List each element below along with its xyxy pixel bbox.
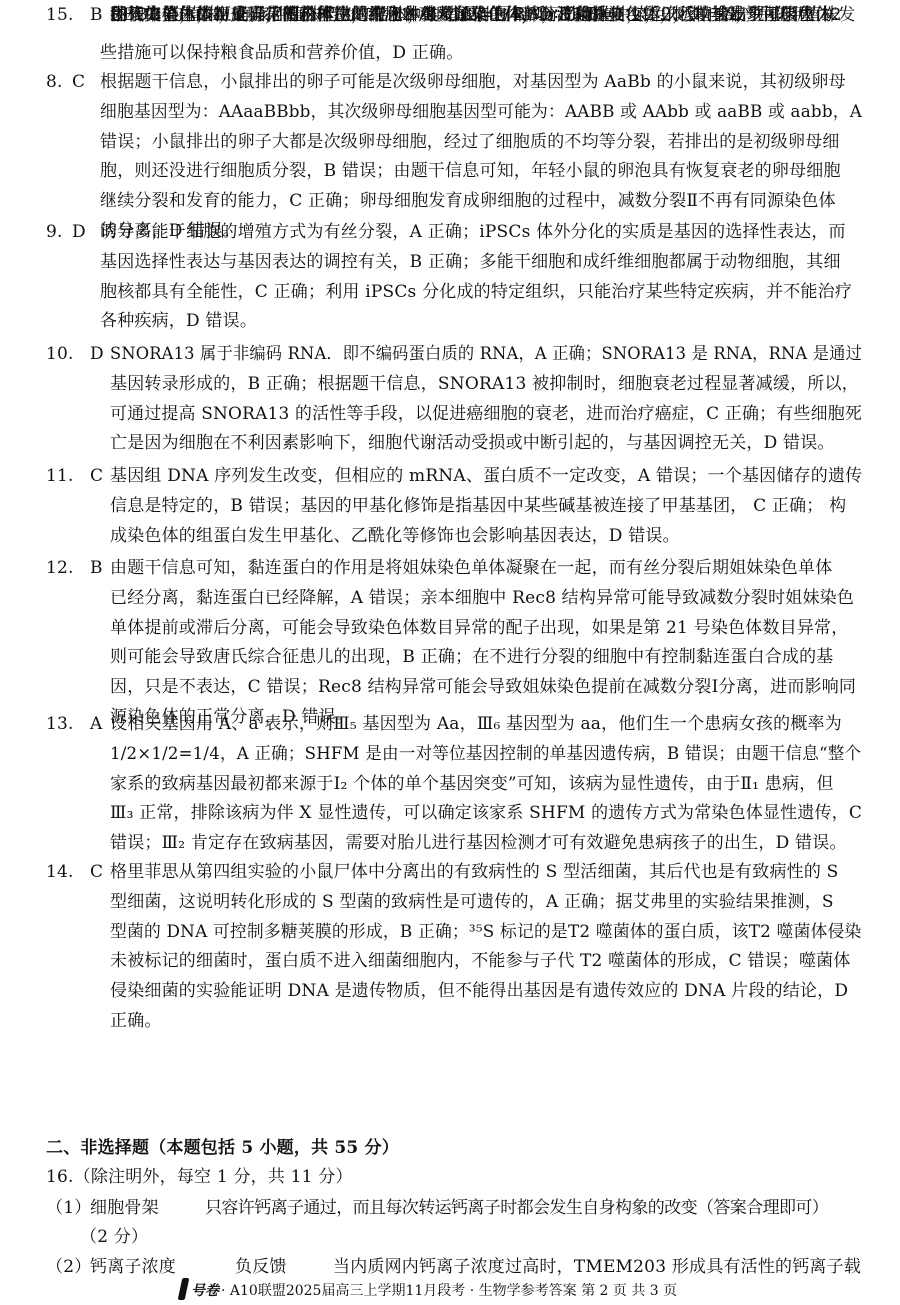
explanation-text: 设相关基因用 A、a 表示，则Ⅲ₅ 基因型为 Aa，Ⅲ₆ 基因型为 aa，他们生… (110, 709, 842, 739)
score-text: （2 分） (80, 1222, 148, 1252)
footer-text: · A10联盟2025届高三上学期11月段考 · 生物学参考答案 第 2 页 共… (221, 1283, 677, 1299)
explanation-text: 基因转录形成的，B 正确；根据题干信息，SNORA13 被抑制时，细胞衰老过程显… (110, 369, 859, 399)
answer-choice: C (90, 461, 103, 491)
answer-choice: A (90, 709, 102, 739)
question-number: 15. (46, 0, 74, 30)
explanation-text: 胞，则还没进行细胞质分裂，B 错误；由题干信息可知，年轻小鼠的卵泡具有恢复衰老的… (100, 156, 841, 186)
document-page: 些措施可以保持粮食品质和营养价值，D 正确。 8.C根据题干信息，小鼠排出的卵子… (0, 0, 900, 1305)
explanation-text: 因，只是不表达，C 错误；Rec8 结构异常可能会导致姐妹染色提前在减数分裂Ⅰ分… (110, 672, 856, 702)
explanation-text: 型菌的 DNA 可控制多糖荚膜的形成，B 正确；³⁵S 标记的是T2 噬菌体的蛋… (110, 917, 862, 947)
question-number: 12. (46, 553, 74, 583)
answer-text: 细胞骨架 (90, 1193, 159, 1223)
explanation-text: SNORA13 属于非编码 RNA．即不编码蛋白质的 RNA，A 正确；SNOR… (110, 339, 862, 369)
explanation-text: 已经分离，黏连蛋白已经降解，A 错误；亲本细胞中 Rec8 结构异常可能导致减数… (110, 583, 854, 613)
explanation-text: 各种疾病，D 错误。 (100, 306, 257, 336)
logo-text: 号卷 (191, 1283, 219, 1299)
question-number: 14. (46, 857, 74, 887)
logo-mark-icon (178, 1278, 190, 1300)
question-number: 8. (46, 67, 63, 97)
section-heading: 二、非选择题（本题包括 5 小题，共 55 分） (46, 1133, 399, 1163)
question-number: 13. (46, 709, 74, 739)
explanation-text: 家系的致病基因最初都来源于Ⅰ₂ 个体的单个基因突变”可知，该病为显性遗传，由于Ⅱ… (110, 769, 834, 799)
explanation-text: 继续分裂和发育的能力，C 正确；卵母细胞发育成卵细胞的过程中，减数分裂Ⅱ不再有同… (100, 186, 836, 216)
explanation-text: 型细菌，这说明转化形成的 S 型菌的致病性是可遗传的，A 正确；据艾弗里的实验结… (110, 887, 834, 917)
explanation-text: 由题干信息可知，黏连蛋白的作用是将姐妹染色单体凝聚在一起，而有丝分裂后期姐妹染色… (110, 553, 832, 583)
explanation-text: 格里菲思从第四组实验的小鼠尸体中分离出的有致病性的 S 型活细菌，其后代也是有致… (110, 857, 839, 887)
answer-choice: B (90, 553, 103, 583)
answer-choice: C (90, 857, 103, 887)
explanation-text: 错误；Ⅲ₂ 肯定存在致病基因，需要对胎儿进行基因检测才可有效避免患病孩子的出生，… (110, 828, 847, 858)
question-number: 9. (46, 217, 63, 247)
explanation-text: 未被标记的细菌时，蛋白质不进入细菌细胞内，不能参与子代 T2 噬菌体的形成，C … (110, 946, 851, 976)
page-footer: 号卷· A10联盟2025届高三上学期11月段考 · 生物学参考答案 第 2 页… (180, 1278, 677, 1303)
explanation-text: 侵染细菌的实验能证明 DNA 是遗传物质，但不能得出基因是有遗传效应的 DNA … (110, 976, 848, 1006)
explanation-text: 基因选择性表达与基因表达的调控有关，B 正确；多能干细胞和成纤维细胞都属于动物细… (100, 247, 841, 277)
answer-choice: D (90, 339, 104, 369)
explanation-text: 子代中染色体组成正常的个体比例约为 1/2×1/2=1/4，D 正确。 (110, 0, 609, 30)
explanation-text: 1/2×1/2=1/4，A 正确；SHFM 是由一对等位基因控制的单基因遗传病，… (110, 739, 861, 769)
answer-choice: B (90, 0, 103, 30)
explanation-text: 正确。 (110, 1006, 162, 1036)
explanation-text: 错误；小鼠排出的卵子大都是次级卵母细胞，经过了细胞质的不均等分裂，若排出的是初级… (100, 127, 840, 157)
question-header: 16.（除注明外，每空 1 分，共 11 分） (46, 1162, 353, 1192)
explanation-text: 可通过提高 SNORA13 的活性等手段，以促进癌细胞的衰老，进而治疗癌症，C … (110, 399, 862, 429)
explanation-text: 胞核都具有全能性，C 正确；利用 iPSCs 分化成的特定组织，只能治疗某些特定… (100, 277, 852, 307)
answer-text: 只容许钙离子通过，而且每次转运钙离子时都会发生自身构象的改变（答案合理即可） (205, 1193, 828, 1223)
explanation-text: 诱导多能干细胞的增殖方式为有丝分裂，A 正确；iPSCs 体外分化的实质是基因的… (100, 217, 846, 247)
part-label: （2） (46, 1252, 91, 1282)
answer-choice: C (72, 67, 85, 97)
paragraph-text: 些措施可以保持粮食品质和营养价值，D 正确。 (100, 38, 463, 68)
explanation-text: Ⅲ₃ 正常，排除该病为伴 X 显性遗传，可以确定该家系 SHFM 的遗传方式为常… (110, 798, 862, 828)
explanation-text: 则可能会导致唐氏综合征患儿的出现，B 正确；在不进行分裂的细胞中有控制黏连蛋白合… (110, 642, 834, 672)
explanation-text: 成染色体的组蛋白发生甲基化、乙酰化等修饰也会影响基因表达，D 错误。 (110, 521, 680, 551)
explanation-text: 单体提前或滞后分离，可能会导致染色体数目异常的配子出现，如果是第 21 号染色体… (110, 613, 848, 643)
part-label: （1） (46, 1193, 91, 1223)
question-number: 10. (46, 339, 74, 369)
answer-choice: D (72, 217, 86, 247)
answer-text: 钙离子浓度 (90, 1252, 176, 1282)
explanation-text: 基因组 DNA 序列发生改变，但相应的 mRNA、蛋白质不一定改变，A 错误；一… (110, 461, 862, 491)
explanation-text: 细胞基因型为：AAaaBBbb，其次级卵母细胞基因型可能为：AABB 或 AAb… (100, 97, 862, 127)
explanation-text: 亡是因为细胞在不利因素影响下，细胞代谢活动受损或中断引起的，与基因调控无关，D … (110, 428, 835, 458)
question-number: 11. (46, 461, 74, 491)
explanation-text: 信息是特定的，B 错误；基因的甲基化修饰是指基因中某些碱基被连接了甲基基团， C… (110, 491, 846, 521)
explanation-text: 根据题干信息，小鼠排出的卵子可能是次级卵母细胞，对基因型为 AaBb 的小鼠来说… (100, 67, 846, 97)
